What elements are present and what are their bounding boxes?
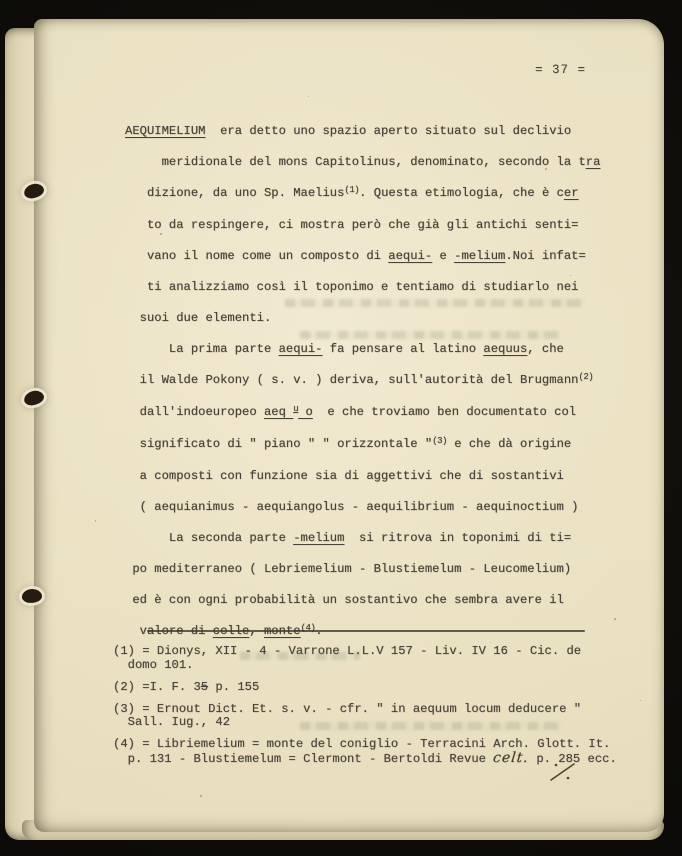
text-segment: meridionale del mons Capitolinus, denomi… bbox=[125, 155, 586, 169]
text-segment: 5 bbox=[201, 680, 208, 694]
text-line: dall'indoeuropeo aeq u o e che troviamo … bbox=[125, 397, 645, 429]
text-segment: ti analizziamo così il toponimo e tentia… bbox=[125, 280, 578, 294]
text-segment: aequus bbox=[483, 342, 527, 356]
text-line: dizione, da uno Sp. Maelius(1). Questa e… bbox=[125, 178, 645, 210]
text-line: a composti con funzione sia di aggettivi… bbox=[125, 461, 645, 492]
text-segment: domo 101. bbox=[113, 658, 193, 672]
ink-speckle bbox=[200, 795, 202, 797]
text-segment: e che troviamo ben documentato col bbox=[313, 405, 576, 419]
text-line: ( aequianimus - aequiangolus - aequilibr… bbox=[125, 492, 645, 523]
text-segment: La seconda parte bbox=[125, 531, 293, 545]
text-segment: aequi- bbox=[279, 342, 323, 356]
text-segment: e bbox=[432, 249, 454, 263]
text-segment: Sall. Iug., 42 bbox=[113, 715, 230, 729]
text-segment: (2) =I. F. 3 bbox=[113, 680, 201, 694]
text-segment: er bbox=[564, 186, 579, 200]
text-segment: aequi- bbox=[388, 249, 432, 263]
ink-speckle bbox=[95, 520, 96, 522]
text-segment: significato di " piano " " orizzontale " bbox=[125, 437, 432, 451]
text-segment: to da respingere, ci mostra però che già… bbox=[125, 218, 578, 232]
handwritten-word: celt. bbox=[493, 752, 530, 766]
document-page: = 37 = AEQUIMELIUM era detto uno spazio … bbox=[34, 19, 664, 832]
ink-speckle bbox=[614, 618, 616, 620]
text-segment: ( aequianimus - aequiangolus - aequilibr… bbox=[125, 500, 578, 514]
text-line: (3) = Ernout Dict. Et. s. v. - cfr. " in… bbox=[113, 703, 653, 717]
text-segment: e che dà origine bbox=[447, 437, 571, 451]
text-line: ed è con ogni probabilità un sostantivo … bbox=[125, 585, 645, 616]
text-line: La seconda parte -melium si ritrova in t… bbox=[125, 523, 645, 554]
text-segment: o bbox=[298, 405, 313, 419]
text-segment: (3) bbox=[432, 436, 447, 446]
ink-speckle bbox=[545, 168, 547, 170]
text-line: ti analizziamo così il toponimo e tentia… bbox=[125, 272, 645, 303]
text-segment: fa pensare al latino bbox=[322, 342, 483, 356]
footnotes: (1) = Dionys, XII - 4 - Varrone L.L.V 15… bbox=[113, 645, 653, 766]
text-line: AEQUIMELIUM era detto uno spazio aperto … bbox=[125, 116, 645, 147]
text-segment: -melium bbox=[454, 249, 505, 263]
text-line: po mediterraneo ( Lebriemelium - Blustie… bbox=[125, 554, 645, 585]
scan-background: = 37 = AEQUIMELIUM era detto uno spazio … bbox=[0, 0, 682, 856]
text-segment: (4) = Libriemelium = monte del coniglio … bbox=[113, 737, 610, 751]
text-line: significato di " piano " " orizzontale "… bbox=[125, 429, 645, 461]
text-line: to da respingere, ci mostra però che già… bbox=[125, 210, 645, 241]
text-segment: (1) = Dionys, XII - 4 - Varrone L.L.V 15… bbox=[113, 644, 581, 658]
text-segment: AEQUIMELIUM bbox=[125, 124, 205, 138]
text-segment: -melium bbox=[293, 531, 344, 545]
text-segment: La prima parte bbox=[125, 342, 279, 356]
text-segment: (2) bbox=[578, 372, 593, 382]
text-line: (1) = Dionys, XII - 4 - Varrone L.L.V 15… bbox=[113, 645, 653, 659]
text-segment: . Questa etimologia, che è c bbox=[359, 186, 564, 200]
text-segment: dizione, da uno Sp. Maelius bbox=[125, 186, 344, 200]
text-line: (4) = Libriemelium = monte del coniglio … bbox=[113, 738, 653, 752]
text-line: (2) =I. F. 35 p. 155 bbox=[113, 681, 653, 695]
ink-speckle bbox=[640, 700, 641, 701]
text-segment: po mediterraneo ( Lebriemelium - Blustie… bbox=[125, 562, 571, 576]
text-segment: aeq bbox=[264, 405, 293, 419]
footnote-rule bbox=[147, 630, 585, 632]
text-line: meridionale del mons Capitolinus, denomi… bbox=[125, 147, 645, 178]
text-segment: , che bbox=[527, 342, 564, 356]
text-segment: vano il nome come un composto di bbox=[125, 249, 388, 263]
text-segment: ra bbox=[586, 155, 601, 169]
text-segment: dall'indoeuropeo bbox=[125, 405, 264, 419]
handwritten-mark bbox=[548, 758, 578, 784]
text-segment: il Walde Pokony ( s. v. ) deriva, sull'a… bbox=[125, 373, 578, 387]
text-segment: p. 131 - Blustiemelum = Clermont - Berto… bbox=[113, 752, 493, 766]
text-segment: suoi due elementi. bbox=[125, 311, 271, 325]
text-segment: ed è con ogni probabilità un sostantivo … bbox=[125, 593, 564, 607]
text-line: La prima parte aequi- fa pensare al lati… bbox=[125, 334, 645, 365]
text-segment: a composti con funzione sia di aggettivi… bbox=[125, 469, 564, 483]
text-segment: si ritrova in toponimi di ti= bbox=[344, 531, 571, 545]
ink-speckle bbox=[160, 233, 162, 235]
text-line: domo 101. bbox=[113, 659, 653, 673]
ink-speckle bbox=[570, 275, 571, 276]
text-segment: (1) bbox=[344, 185, 359, 195]
text-line: Sall. Iug., 42 bbox=[113, 716, 653, 730]
text-line: suoi due elementi. bbox=[125, 303, 645, 334]
text-segment: (3) = Ernout Dict. Et. s. v. - cfr. " in… bbox=[113, 702, 581, 716]
text-segment: .Noi infat= bbox=[505, 249, 585, 263]
ink-speckle bbox=[308, 96, 309, 97]
page-number: = 37 = bbox=[535, 63, 586, 77]
text-segment: p. 155 bbox=[208, 680, 259, 694]
text-line: il Walde Pokony ( s. v. ) deriva, sull'a… bbox=[125, 365, 645, 397]
text-line: vano il nome come un composto di aequi- … bbox=[125, 241, 645, 272]
text-segment: era detto uno spazio aperto situato sul … bbox=[205, 124, 571, 138]
body-text: AEQUIMELIUM era detto uno spazio aperto … bbox=[125, 116, 645, 648]
text-segment: u bbox=[293, 404, 298, 414]
